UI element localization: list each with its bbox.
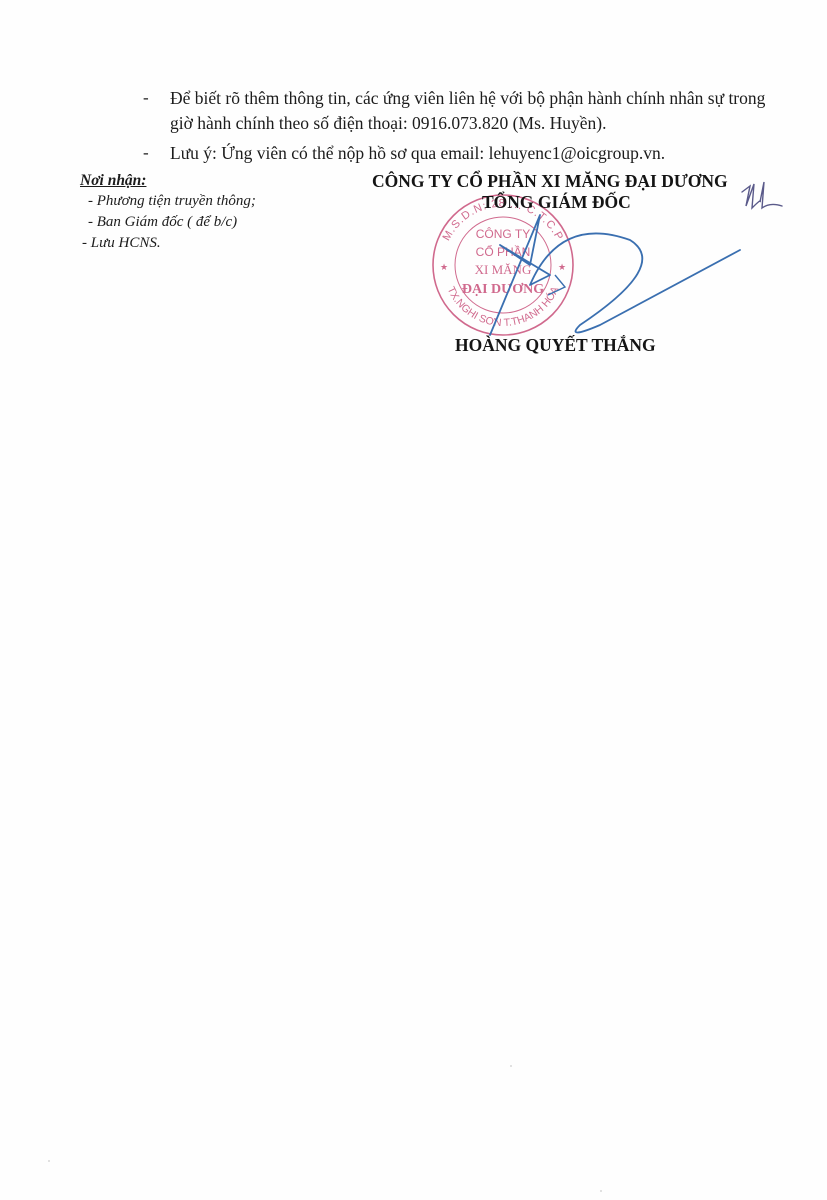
email-note-line: Lưu ý: Ứng viên có thể nộp hồ sơ qua ema…: [170, 141, 665, 165]
bullet-dash: -: [143, 88, 149, 108]
recipient-item: - Phương tiện truyền thông;: [88, 191, 256, 212]
scan-speck: [48, 1160, 50, 1162]
contact-info-line-1: Để biết rõ thêm thông tin, các ứng viên …: [170, 86, 765, 110]
document-page: - Để biết rõ thêm thông tin, các ứng viê…: [0, 0, 827, 1200]
bullet-dash: -: [143, 143, 149, 163]
recipient-item: - Ban Giám đốc ( để b/c): [88, 212, 256, 233]
svg-text:★: ★: [440, 262, 448, 272]
recipients-block: Nơi nhận: - Phương tiện truyền thông; - …: [80, 170, 256, 254]
company-name: CÔNG TY CỔ PHẦN XI MĂNG ĐẠI DƯƠNG: [372, 171, 728, 192]
scan-speck: [510, 1065, 512, 1067]
recipient-item: - Lưu HCNS.: [82, 233, 256, 254]
scan-speck: [600, 1190, 602, 1192]
recipients-heading: Nơi nhận:: [80, 170, 256, 191]
signature: [470, 205, 760, 345]
contact-info-line-2: giờ hành chính theo số điện thoại: 0916.…: [170, 111, 607, 135]
